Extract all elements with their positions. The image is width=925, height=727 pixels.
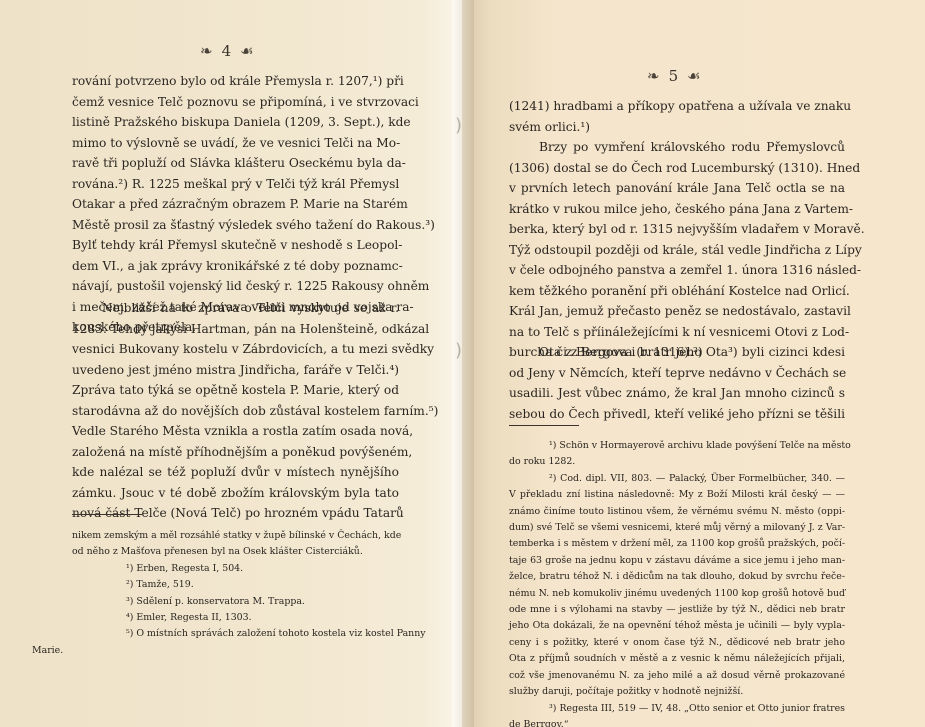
footnote-line: což vše jmenovanému N. za jeho milé a až… (509, 668, 845, 684)
left-page-header: ❧ 4 ☙ (200, 42, 255, 60)
footnote-line: ¹) Schön v Hormayerově archivu klade pov… (509, 438, 845, 454)
footnote-line: od něho z Mašťova přenesen byl na Osek k… (72, 544, 399, 560)
footnote-line: Ota z příjmů soudních v městě a z vesnic… (509, 651, 845, 667)
footnote-line: ceny i s požitky, které v onom čase týž … (509, 635, 845, 651)
text-line: svém orlici.¹) (509, 117, 845, 138)
book-gutter (452, 0, 474, 727)
text-line: 1283. Tehdy jakýsi Hartman, pán na Holen… (72, 319, 399, 340)
footnote-line: Marie. (32, 643, 399, 659)
text-line: starodávna až do novějších dob zůstával … (72, 401, 399, 422)
footnote-line: ³) Regesta III, 519 — IV, 48. „Otto seni… (509, 701, 845, 717)
ornament-left-icon: ❧ (647, 67, 661, 85)
text-line: od Jeny v Němcích, kteří teprve nedávno … (509, 363, 845, 384)
ornament-right-icon: ☙ (687, 67, 701, 85)
text-line: vesnici Bukovany kostelu v Zábrdovicích,… (72, 339, 399, 360)
text-line: Městě prosil za šťastný výsledek svého t… (72, 215, 399, 236)
footnote-line: temberka i s městem v držení měl, za 110… (509, 536, 845, 552)
text-line: založená na místě příhodnějším a poněkud… (72, 442, 399, 463)
text-line: Bylť tehdy král Přemysl skutečně v nesho… (72, 235, 399, 256)
text-line: v čele odbojného panstva a zemřel 1. úno… (509, 260, 845, 281)
text-line: berka, který byl od r. 1315 nejvyšším vl… (509, 219, 845, 240)
right-body-paragraph-2: Brzy po vymření královského rodu Přemysl… (509, 137, 845, 363)
text-line: ravě tři popluží od Slávka klášteru Osec… (72, 153, 399, 174)
text-line: návají, pustošil vojenský lid český r. 1… (72, 276, 399, 297)
page-number: 5 (669, 67, 680, 85)
footnote-line: ode mne i s výlohami na stavby — jestliž… (509, 602, 845, 618)
text-line: usadili. Jest vůbec známo, že kral Jan m… (509, 383, 845, 404)
right-body-paragraph-1: (1241) hradbami a příkopy opatřena a uží… (509, 96, 845, 137)
text-line: Král Jan, jemuž přečasto peněz se nedost… (509, 301, 845, 322)
text-line: rována.²) R. 1225 meškal prý v Telči týž… (72, 174, 399, 195)
right-page-header: ❧ 5 ☙ (647, 67, 702, 85)
text-line: (1241) hradbami a příkopy opatřena a uží… (509, 96, 845, 117)
text-line: zámku. Jsouc v té době zbožím královským… (72, 483, 399, 504)
footnote-item: ³) Sdělení p. konservatora M. Trappa. (72, 594, 399, 610)
text-line: v prvních letech panování krále Jana Tel… (509, 178, 845, 199)
footnote-line: de Berrgov.“ (509, 717, 845, 727)
right-page: ❧ 5 ☙ (1241) hradbami a příkopy opatřena… (462, 0, 925, 727)
footnote-item: ⁵) O místních správách založení tohoto k… (72, 626, 399, 642)
ornament-left-icon: ❧ (200, 42, 214, 60)
text-line: Brzy po vymření královského rodu Přemysl… (509, 137, 845, 158)
right-footnotes: ¹) Schön v Hormayerově archivu klade pov… (509, 438, 845, 727)
left-footnotes: nikem zemským a měl rozsáhlé statky v žu… (72, 528, 399, 659)
footnote-line: nikem zemským a měl rozsáhlé statky v žu… (72, 528, 399, 544)
footnote-line: nému N. neb komukoliv jinému uvedených 1… (509, 586, 845, 602)
footnote-item: ²) Tamže, 519. (72, 577, 399, 593)
ornament-right-icon: ☙ (240, 42, 254, 60)
footnote-line: taje 63 groše na jednu kopu v zástavu dá… (509, 553, 845, 569)
footnote-item: ¹) Erben, Regesta I, 504. (72, 561, 399, 577)
footnote-line: do roku 1282. (509, 454, 845, 470)
footnote-divider (509, 425, 579, 426)
text-line: sebou do Čech přivedl, kteří veliké jeho… (509, 404, 845, 425)
footnote-line: ²) Cod. dipl. VII, 803. — Palacký, Über … (509, 471, 845, 487)
footnote-item: ⁴) Emler, Regesta II, 1303. (72, 610, 399, 626)
text-line: Nejbližší na to zpráva o Telči vyskytuje… (72, 298, 399, 319)
text-line: kem těžkého poranění při obléhání Kostel… (509, 281, 845, 302)
text-line: listině Pražského biskupa Daniela (1209,… (72, 112, 399, 133)
text-line: Otakar a před zázračným obrazem P. Marie… (72, 194, 399, 215)
text-line: Ota z Bergova i bratr jeho Ota³) byli ci… (509, 342, 845, 363)
footnote-line: známo činíme touto listinou všem, že věr… (509, 504, 845, 520)
text-line: Vedle Starého Města vznikla a rostla zat… (72, 421, 399, 442)
text-line: kde nalézal se též popluží dvůr v místec… (72, 462, 399, 483)
left-page: ❧ 4 ☙ rování potvrzeno bylo od krále Pře… (0, 0, 462, 727)
right-body-paragraph-3: Ota z Bergova i bratr jeho Ota³) byli ci… (509, 342, 845, 424)
left-body-paragraph-2: Nejbližší na to zpráva o Telči vyskytuje… (72, 298, 399, 524)
footnote-line: jeho Ota dokázali, že na opevnění téhož … (509, 618, 845, 634)
footnote-line: želce, bratru téhož N. i dědicům na tak … (509, 569, 845, 585)
text-line: na to Telč s příináležejícími k ní vesni… (509, 322, 845, 343)
text-line: uvedeno jest jméno mistra Jindřicha, far… (72, 360, 399, 381)
footnote-line: V překladu zní listina následovně: My z … (509, 487, 845, 503)
page-number: 4 (222, 42, 233, 60)
text-line: Zpráva tato týká se opětně kostela P. Ma… (72, 380, 399, 401)
text-line: rování potvrzeno bylo od krále Přemysla … (72, 71, 399, 92)
text-line: (1306) dostal se do Čech rod Lucemburský… (509, 158, 845, 179)
book-spread: ❧ 4 ☙ rování potvrzeno bylo od krále Pře… (0, 0, 925, 727)
text-line: dem VI., a jak zprávy kronikářské z té d… (72, 256, 399, 277)
footnote-line: dum) své Telč se všemi vesnicemi, které … (509, 520, 845, 536)
footnote-line: služby daruji, počítaje požitky v hodnot… (509, 684, 845, 700)
footnote-divider (72, 514, 142, 515)
text-line: mimo to výslovně se uvádí, že ve vesnici… (72, 133, 399, 154)
text-line: Týž odstoupil později od krále, stál ved… (509, 240, 845, 261)
text-line: krátko v rukou milce jeho, českého pána … (509, 199, 845, 220)
text-line: čemž vesnice Telč poznovu se připomíná, … (72, 92, 399, 113)
